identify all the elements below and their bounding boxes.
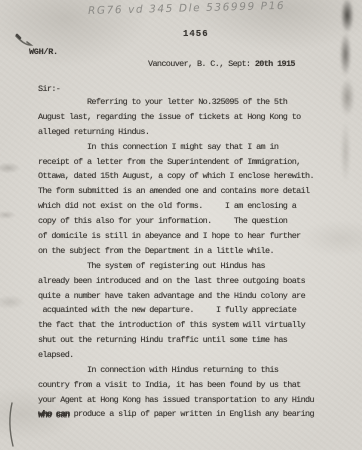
closing-line-rest: produce a slip of paper written in Engli…: [69, 409, 314, 419]
typed-line: Ottawa, dated 15th August, a copy of whi…: [38, 169, 348, 184]
dateline-place: Vancouver, B. C., Sept:: [148, 59, 255, 69]
typed-line: on the subject from the Department in a …: [38, 244, 348, 259]
typed-line: Referring to your letter No.325095 of th…: [38, 95, 348, 110]
page-number: 1456: [183, 29, 209, 39]
typed-line: receipt of a letter from the Superintend…: [38, 155, 348, 170]
salutation: Sir:-: [38, 84, 60, 94]
typed-line-overstruck: who can produce a slip of paper written …: [38, 409, 314, 419]
typed-line: copy of this also for your information. …: [38, 214, 348, 229]
letter-body: Referring to your letter No.325095 of th…: [38, 95, 348, 408]
typed-line: August last, regarding the issue of tick…: [38, 110, 348, 125]
pen-stroke: [4, 400, 24, 450]
dateline: Vancouver, B. C., Sept: 20th 1915: [148, 59, 295, 69]
file-initials: WGH/R.: [29, 47, 58, 57]
typed-line: country from a visit to India, it has be…: [38, 378, 348, 393]
typed-line: of domicile is still in abeyance and I h…: [38, 229, 348, 244]
typed-line: shut out the returning Hindu traffic unt…: [38, 333, 348, 348]
typed-line: The system of registering out Hindus has: [38, 259, 348, 274]
dateline-date: 20th 1915: [255, 59, 295, 69]
typed-line: the fact that the introduction of this s…: [38, 318, 348, 333]
scanned-letter-page: RG76 vd 345 Dle 536999 P16 1456 WGH/R. V…: [0, 0, 362, 450]
typed-line: In this connection I might say that I am…: [38, 140, 348, 155]
typed-line: alleged returning Hindus.: [38, 125, 348, 140]
typed-line: quite a number have taken advantage and …: [38, 289, 348, 304]
typed-line: elapsed.: [38, 348, 348, 363]
typed-line: your Agent at Hong Kong has issued trans…: [38, 393, 348, 408]
typed-line: In connection with Hindus returning to t…: [38, 363, 348, 378]
typed-line: The form submitted is an amended one and…: [38, 184, 348, 199]
typed-line: which did not exist on the old forms. I …: [38, 199, 348, 214]
handwritten-archive-note: RG76 vd 345 Dle 536999 P16: [88, 0, 318, 17]
typed-line: acquainted with the new departure. I ful…: [38, 303, 348, 318]
typed-line: already been introduced and on the last …: [38, 274, 348, 289]
ink-smudge: [331, 0, 359, 187]
overstruck-words: who can: [38, 409, 69, 419]
